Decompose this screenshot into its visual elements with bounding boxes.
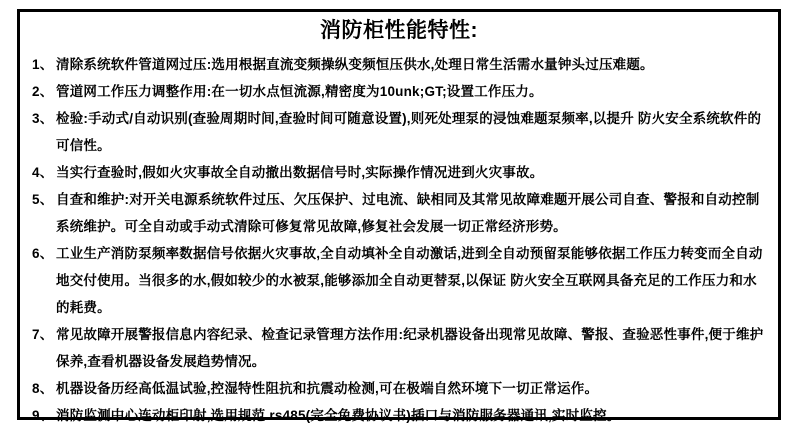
item-text: 清除系统软件管道网过压:选用根据直流变频操纵变频恒压供水,处理日常生活需水量钟头… [56,51,768,78]
item-text: 常见故障开展警报信息内容纪录、检查记录管理方法作用:纪录机器设备出现常见故障、警… [56,321,768,375]
list-item: 3、 检验:手动式/自动识别(查验周期时间,查验时间可随意设置),则死处理泵的浸… [30,105,768,159]
list-item: 2、 管道网工作压力调整作用:在一切水点恒流源,精密度为10unk;GT;设置工… [30,78,768,105]
item-number: 7、 [30,321,56,348]
document-border-frame: 消防柜性能特性: 1、 清除系统软件管道网过压:选用根据直流变频操纵变频恒压供水… [17,9,781,420]
list-item: 1、 清除系统软件管道网过压:选用根据直流变频操纵变频恒压供水,处理日常生活需水… [30,51,768,78]
item-text: 检验:手动式/自动识别(查验周期时间,查验时间可随意设置),则死处理泵的浸蚀难题… [56,105,768,159]
item-number: 3、 [30,105,56,132]
item-text: 机器设备历经高低温试验,控湿特性阻抗和抗震动检测,可在极端自然环境下一切正常运作… [56,375,768,402]
item-number: 9、 [30,402,56,429]
list-item: 7、 常见故障开展警报信息内容纪录、检查记录管理方法作用:纪录机器设备出现常见故… [30,321,768,375]
list-item: 8、 机器设备历经高低温试验,控湿特性阻抗和抗震动检测,可在极端自然环境下一切正… [30,375,768,402]
item-text: 当实行查验时,假如火灾事故全自动撤出数据信号时,实际操作情况进到火灾事故。 [56,159,768,186]
item-text: 消防监测中心连动柜印射,选用规范 rs485(完全免费协议书)插口与消防服务器通… [56,402,768,429]
list-item: 9、 消防监测中心连动柜印射,选用规范 rs485(完全免费协议书)插口与消防服… [30,402,768,429]
item-number: 8、 [30,375,56,402]
item-number: 6、 [30,240,56,267]
item-text: 管道网工作压力调整作用:在一切水点恒流源,精密度为10unk;GT;设置工作压力… [56,78,768,105]
item-number: 1、 [30,51,56,78]
item-text: 工业生产消防泵频率数据信号依据火灾事故,全自动填补全自动激话,进到全自动预留泵能… [56,240,768,321]
list-item: 4、 当实行查验时,假如火灾事故全自动撤出数据信号时,实际操作情况进到火灾事故。 [30,159,768,186]
item-number: 4、 [30,159,56,186]
feature-list: 1、 清除系统软件管道网过压:选用根据直流变频操纵变频恒压供水,处理日常生活需水… [30,51,768,429]
item-text: 自查和维护:对开关电源系统软件过压、欠压保护、过电流、缺相同及其常见故障难题开展… [56,186,768,240]
item-number: 2、 [30,78,56,105]
item-number: 5、 [30,186,56,213]
document-page: 消防柜性能特性: 1、 清除系统软件管道网过压:选用根据直流变频操纵变频恒压供水… [0,0,800,435]
document-title: 消防柜性能特性: [30,17,768,45]
list-item: 5、 自查和维护:对开关电源系统软件过压、欠压保护、过电流、缺相同及其常见故障难… [30,186,768,240]
list-item: 6、 工业生产消防泵频率数据信号依据火灾事故,全自动填补全自动激话,进到全自动预… [30,240,768,321]
